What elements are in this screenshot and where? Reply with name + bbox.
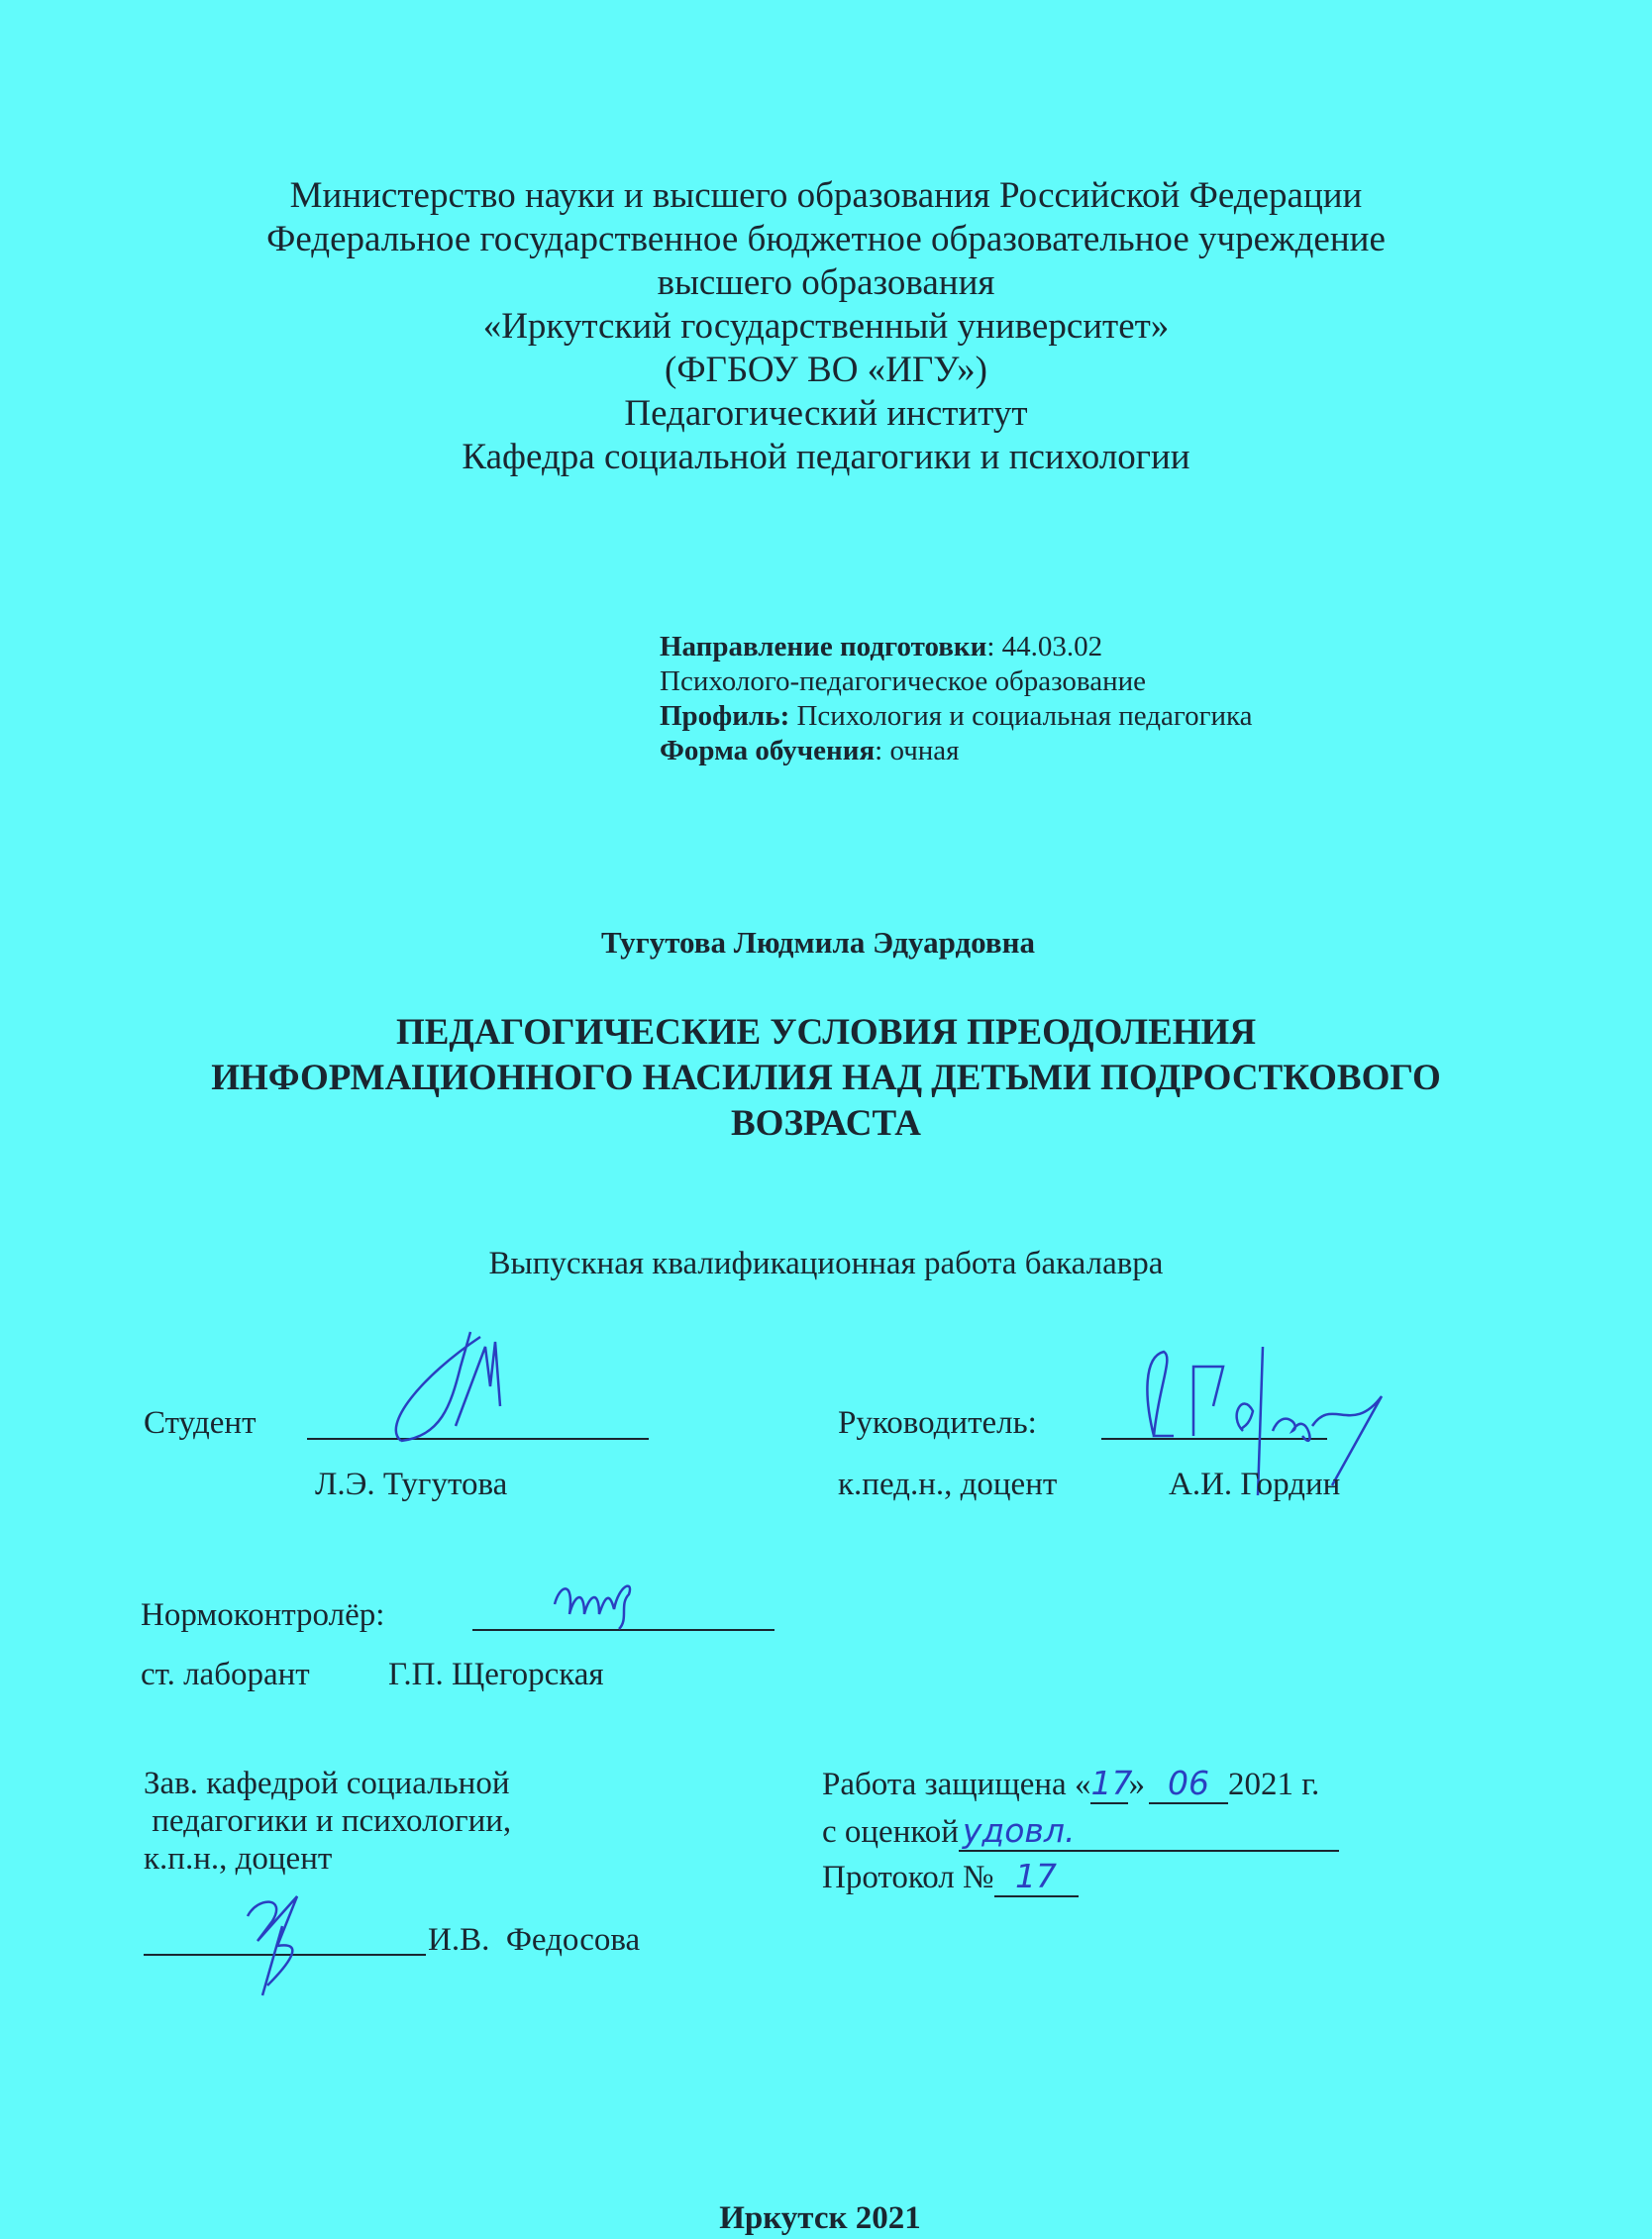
- department-head-line: Зав. кафедрой социальной: [144, 1765, 511, 1802]
- department-head-line: педагогики и психологии,: [144, 1802, 511, 1840]
- header-line: «Иркутский государственный университет»: [0, 305, 1652, 349]
- supervisor-label: Руководитель:: [838, 1404, 1037, 1442]
- defense-date-line: Работа защищена «17»062021 г.: [822, 1765, 1339, 1804]
- normcontroller-signature: [550, 1575, 669, 1639]
- supervisor-name: А.И. Гордин: [1169, 1466, 1340, 1503]
- grade-line: с оценкойудовл.: [822, 1812, 1339, 1852]
- thesis-title: ПЕДАГОГИЧЕСКИЕ УСЛОВИЯ ПРЕОДОЛЕНИЯ ИНФОР…: [0, 1010, 1652, 1147]
- supervisor-position: к.пед.н., доцент: [838, 1466, 1057, 1503]
- department-head-line: к.п.н., доцент: [144, 1840, 511, 1878]
- profile-value: Психология и социальная педагогика: [789, 700, 1252, 732]
- city-year: Иркутск 2021: [0, 2200, 1646, 2237]
- student-signature: [381, 1327, 599, 1451]
- protocol-number: 17: [994, 1858, 1079, 1897]
- defense-year: 2021 г.: [1228, 1767, 1319, 1802]
- protocol-label: Протокол №: [822, 1860, 994, 1895]
- profile-line: Профиль: Психология и социальная педагог…: [660, 699, 1253, 734]
- student-label: Студент: [144, 1404, 257, 1442]
- direction-label: Направление подготовки: [660, 631, 986, 662]
- defense-date-label: Работа защищена «: [822, 1767, 1090, 1802]
- grade-label: с оценкой: [822, 1814, 959, 1850]
- normcontroller-position: ст. лаборант: [141, 1656, 310, 1693]
- work-type: Выпускная квалификационная работа бакала…: [0, 1246, 1652, 1282]
- signature-scribble-icon: [228, 1886, 347, 2005]
- defense-day: 17: [1090, 1765, 1128, 1804]
- defense-month: 06: [1149, 1765, 1228, 1804]
- title-line: ИНФОРМАЦИОННОГО НАСИЛИЯ НАД ДЕТЬМИ ПОДРО…: [0, 1056, 1652, 1101]
- form-label: Форма обучения: [660, 735, 875, 766]
- signature-scribble-icon: [381, 1327, 599, 1446]
- protocol-line: Протокол №17: [822, 1858, 1339, 1897]
- form-value: : очная: [875, 735, 959, 766]
- header-line: (ФГБОУ ВО «ИГУ»): [0, 349, 1652, 392]
- department-head-block: Зав. кафедрой социальной педагогики и пс…: [144, 1765, 511, 1878]
- department-head-name: И.В. Федосова: [428, 1921, 640, 1959]
- direction-line: Направление подготовки: 44.03.02: [660, 630, 1253, 664]
- header-line: Федеральное государственное бюджетное об…: [0, 218, 1652, 261]
- title-line: ПЕДАГОГИЧЕСКИЕ УСЛОВИЯ ПРЕОДОЛЕНИЯ: [0, 1010, 1652, 1056]
- defense-quote-close: »: [1128, 1767, 1145, 1802]
- header-line: Министерство науки и высшего образования…: [0, 174, 1652, 218]
- defense-block: Работа защищена «17»062021 г. с оценкойу…: [822, 1765, 1339, 1897]
- signature-scribble-icon: [550, 1575, 669, 1634]
- grade-value: удовл.: [959, 1812, 1339, 1852]
- normcontroller-name: Г.П. Щегорская: [388, 1656, 604, 1693]
- profile-label: Профиль:: [660, 700, 789, 732]
- form-line: Форма обучения: очная: [660, 734, 1253, 768]
- header-line: Педагогический институт: [0, 392, 1652, 436]
- direction-name: Психолого-педагогическое образование: [660, 664, 1253, 699]
- header-line: Кафедра социальной педагогики и психолог…: [0, 436, 1652, 479]
- department-head-signature: [228, 1886, 347, 2010]
- header-line: высшего образования: [0, 261, 1652, 305]
- ministry-header: Министерство науки и высшего образования…: [0, 174, 1652, 479]
- author-name: Тугутова Людмила Эдуардовна: [0, 925, 1644, 961]
- student-name: Л.Э. Тугутова: [315, 1466, 507, 1503]
- direction-code: : 44.03.02: [986, 631, 1102, 662]
- study-direction-block: Направление подготовки: 44.03.02 Психоло…: [660, 630, 1253, 768]
- normcontroller-label: Нормоконтролёр:: [141, 1596, 384, 1634]
- title-line: ВОЗРАСТА: [0, 1101, 1652, 1147]
